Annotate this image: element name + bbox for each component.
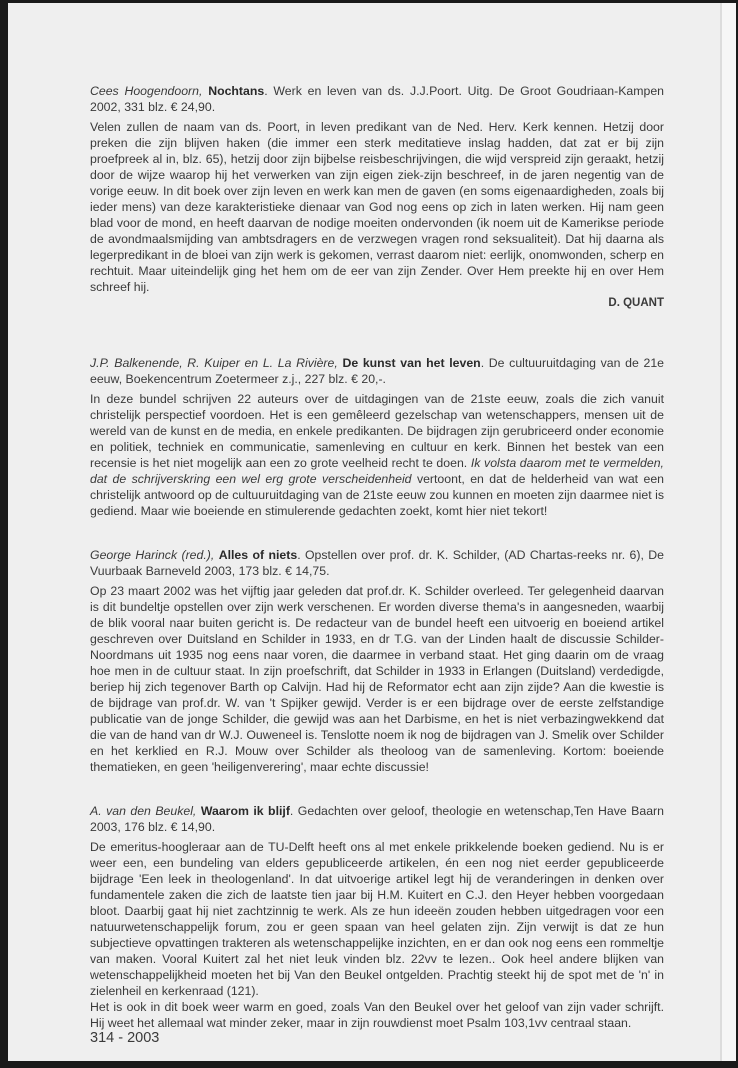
review-alles-of-niets: George Harinck (red.), Alles of niets. O… [90, 547, 664, 775]
review-body-continued: Het is ook in dit boek weer warm en goed… [90, 999, 664, 1031]
review-citation: J.P. Balkenende, R. Kuiper en L. La Rivi… [90, 355, 664, 387]
reviewer-signature: D. QUANT [90, 295, 664, 311]
review-author: A. van den Beukel, [90, 804, 196, 818]
review-book-title: Alles of niets [219, 548, 298, 562]
page-right-margin [722, 3, 736, 1061]
document-page: Cees Hoogendoorn, Nochtans. Werk en leve… [8, 3, 736, 1061]
review-de-kunst-van-het-leven: J.P. Balkenende, R. Kuiper en L. La Rivi… [90, 355, 664, 519]
review-book-title: Nochtans [208, 84, 264, 98]
review-citation: A. van den Beukel, Waarom ik blijf. Geda… [90, 803, 664, 835]
review-waarom-ik-blijf: A. van den Beukel, Waarom ik blijf. Geda… [90, 803, 664, 1031]
review-body: Op 23 maart 2002 was het vijftig jaar ge… [90, 583, 664, 775]
review-author: Cees Hoogendoorn, [90, 84, 202, 98]
review-citation: Cees Hoogendoorn, Nochtans. Werk en leve… [90, 83, 664, 115]
review-body: Velen zullen de naam van ds. Poort, in l… [90, 119, 664, 295]
review-body: In deze bundel schrijven 22 auteurs over… [90, 391, 664, 519]
review-citation: George Harinck (red.), Alles of niets. O… [90, 547, 664, 579]
review-book-title: Waarom ik blijf [201, 804, 290, 818]
review-nochtans: Cees Hoogendoorn, Nochtans. Werk en leve… [90, 83, 664, 311]
review-body: De emeritus-hoogleraar aan de TU-Delft h… [90, 839, 664, 999]
reviews-column: Cees Hoogendoorn, Nochtans. Werk en leve… [90, 83, 664, 1031]
review-book-title: De kunst van het leven [342, 356, 480, 370]
review-author: George Harinck (red.), [90, 548, 214, 562]
page-number: 314 - 2003 [90, 1030, 159, 1046]
review-author: J.P. Balkenende, R. Kuiper en L. La Rivi… [90, 356, 338, 370]
